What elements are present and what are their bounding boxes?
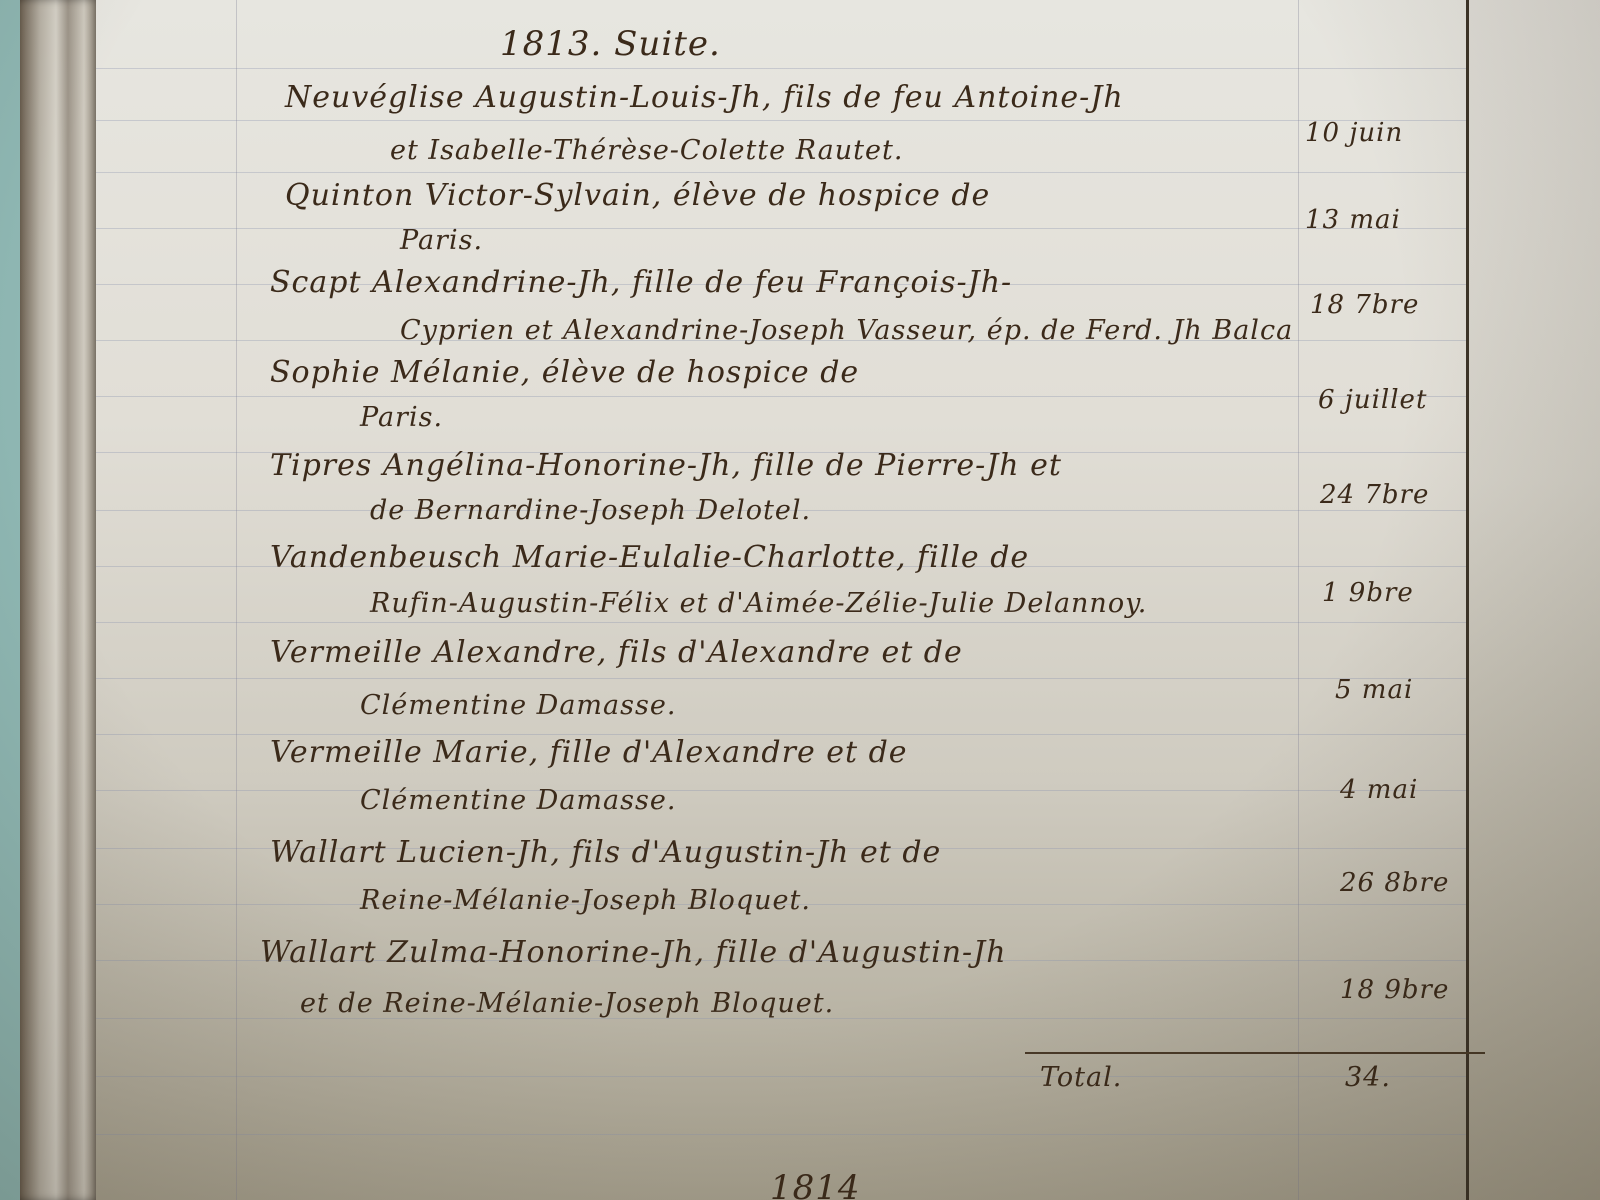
left-margin-line [236,0,237,1200]
total-value: 34. [1345,1062,1391,1093]
entry-parents-line: de Bernardine-Joseph Delotel. [370,495,811,526]
entry-name-line: Sophie Mélanie, élève de hospice de [270,355,859,390]
ruled-line [96,1134,1466,1135]
entry-name-line: Wallart Lucien-Jh, fils d'Augustin-Jh et… [270,835,941,870]
entry-name-line: Vermeille Alexandre, fils d'Alexandre et… [270,635,963,670]
date-column-line [1298,0,1299,1200]
entry-parents-line: Rufin-Augustin-Félix et d'Aimée-Zélie-Ju… [370,588,1147,619]
entry-parents-line: et de Reine-Mélanie-Joseph Bloquet. [300,988,834,1019]
entry-parents-line: Paris. [400,225,483,256]
entry-name-line: Vermeille Marie, fille d'Alexandre et de [270,735,908,770]
entry-parents-line: Clémentine Damasse. [360,785,676,816]
entry-date: 1 9bre [1322,578,1414,608]
entry-date: 6 juillet [1318,385,1427,415]
entry-parents-line: et Isabelle-Thérèse-Colette Rautet. [390,135,903,166]
entry-parents-line: Clémentine Damasse. [360,690,676,721]
facing-page-edge [1466,0,1600,1200]
entry-date: 26 8bre [1340,868,1449,898]
ruled-line [96,172,1466,173]
entry-name-line: Quinton Victor-Sylvain, élève de hospice… [285,178,990,213]
entry-parents-line: Reine-Mélanie-Joseph Bloquet. [360,885,811,916]
entry-name-line: Tipres Angélina-Honorine-Jh, fille de Pi… [270,448,1062,483]
ruled-line [96,1076,1466,1077]
next-year-heading: 1814 [770,1168,861,1200]
entry-name-line: Neuvéglise Augustin-Louis-Jh, fils de fe… [285,80,1124,115]
ruled-line [96,396,1466,397]
ruled-line [96,678,1466,679]
ruled-line [96,228,1466,229]
entry-date: 24 7bre [1320,480,1429,510]
total-divider [1025,1052,1485,1054]
entry-name-line: Scapt Alexandrine-Jh, fille de feu Franç… [270,265,1012,300]
entry-date: 18 7bre [1310,290,1419,320]
entry-date: 4 mai [1340,775,1418,805]
ruled-line [96,790,1466,791]
total-label: Total. [1040,1062,1122,1093]
entry-name-line: Wallart Zulma-Honorine-Jh, fille d'Augus… [260,935,1007,970]
ruled-line [96,120,1466,121]
entry-name-line: Vandenbeusch Marie-Eulalie-Charlotte, fi… [270,540,1029,575]
entry-parents-line: Cyprien et Alexandrine-Joseph Vasseur, é… [400,315,1293,346]
entry-date: 5 mai [1335,675,1413,705]
ruled-line [96,68,1466,69]
book-spine [20,0,100,1200]
page-heading: 1813. Suite. [500,24,721,64]
entry-parents-line: Paris. [360,402,443,433]
ruled-line [96,622,1466,623]
entry-date: 13 mai [1305,205,1401,235]
entry-date: 18 9bre [1340,975,1449,1005]
entry-date: 10 juin [1305,118,1403,148]
